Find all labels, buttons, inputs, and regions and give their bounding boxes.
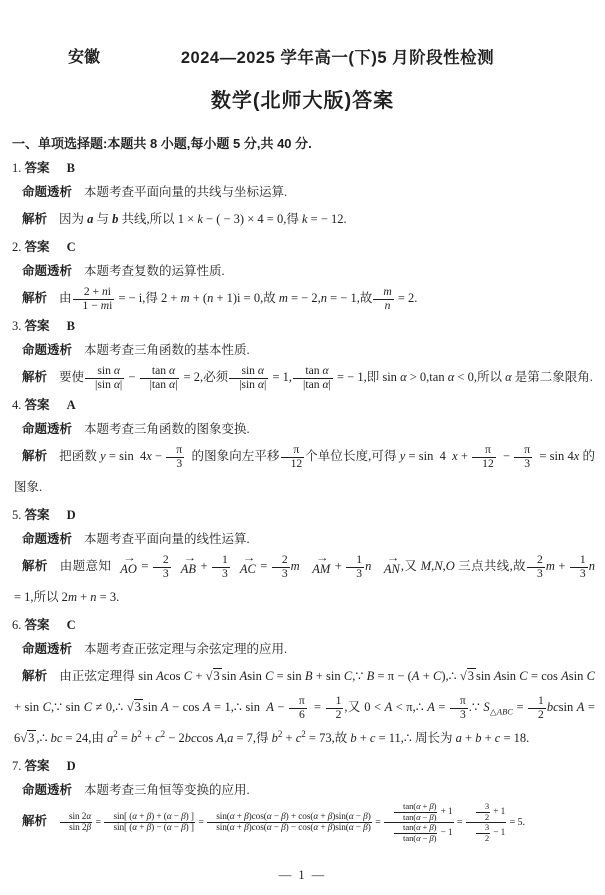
- solution-text: 由2 + ni1 − mi = − i,得 2 + m + (n + 1)i =…: [59, 291, 417, 305]
- solution-row: 解析由正弦定理得 sin Acos C + √3sin Asin C = sin…: [14, 661, 595, 754]
- solution-label: 解析: [22, 212, 47, 226]
- solution-label: 解析: [22, 669, 47, 683]
- answer-label: 答案: [25, 240, 50, 254]
- solution-row: 解析sin 2αsin 2β = sin[ (α + β) + (α − β) …: [14, 802, 595, 843]
- question-number: 5.: [12, 508, 21, 522]
- solution-text: 因为 a 与 b 共线,所以 1 × k − ( − 3) × 4 = 0,得 …: [59, 212, 347, 226]
- solution-row: 解析由2 + ni1 − mi = − i,得 2 + m + (n + 1)i…: [14, 283, 595, 314]
- analysis-row: 命题透析本题考查三角恒等变换的应用.: [14, 778, 595, 802]
- region-label: 安徽: [68, 44, 100, 67]
- analysis-label: 命题透析: [22, 422, 72, 436]
- analysis-label: 命题透析: [22, 343, 72, 357]
- question-number: 1.: [12, 161, 21, 175]
- analysis-text: 本题考查三角函数的基本性质.: [84, 343, 250, 357]
- solution-text: 由题意知→AO = 23→AB + 13→AC = 23m →AM + 13n …: [14, 559, 595, 604]
- question-item: 7. 答案 D 命题透析本题考查三角恒等变换的应用. 解析sin 2αsin 2…: [10, 754, 595, 843]
- page-number: — 1 —: [0, 868, 605, 883]
- question-answer-row: 4. 答案 A: [12, 393, 595, 417]
- analysis-row: 命题透析本题考查平面向量的线性运算.: [14, 527, 595, 551]
- solution-label: 解析: [22, 291, 47, 305]
- question-number: 7.: [12, 759, 21, 773]
- analysis-row: 命题透析本题考查平面向量的共线与坐标运算.: [14, 180, 595, 204]
- question-item: 6. 答案 C 命题透析本题考查正弦定理与余弦定理的应用. 解析由正弦定理得 s…: [10, 613, 595, 754]
- answer-value: C: [67, 240, 76, 254]
- answer-label: 答案: [25, 398, 50, 412]
- analysis-label: 命题透析: [22, 185, 72, 199]
- answer-title: 数学(北师大版)答案: [10, 84, 595, 113]
- answer-value: D: [67, 759, 76, 773]
- answer-value: D: [67, 508, 76, 522]
- solution-text: 由正弦定理得 sin Acos C + √3sin Asin C = sin B…: [14, 669, 595, 745]
- solution-text: 把函数 y = sin 4x − π3 的图象向左平移π12个单位长度,可得 y…: [14, 449, 595, 494]
- question-answer-row: 2. 答案 C: [12, 235, 595, 259]
- question-item: 3. 答案 B 命题透析本题考查三角函数的基本性质. 解析要使sin α|sin…: [10, 314, 595, 393]
- answer-label: 答案: [25, 161, 50, 175]
- header: 安徽 2024—2025 学年高一(下)5 月阶段性检测 数学(北师大版)答案: [10, 44, 595, 113]
- question-answer-row: 1. 答案 B: [12, 156, 595, 180]
- solution-row: 解析把函数 y = sin 4x − π3 的图象向左平移π12个单位长度,可得…: [14, 441, 595, 503]
- answer-value: B: [67, 161, 75, 175]
- question-answer-row: 3. 答案 B: [12, 314, 595, 338]
- answer-label: 答案: [25, 759, 50, 773]
- solution-text: 要使sin α|sin α| − tan α|tan α| = 2,必须sin …: [59, 370, 593, 384]
- solution-label: 解析: [22, 370, 47, 384]
- analysis-label: 命题透析: [22, 642, 72, 656]
- solution-label: 解析: [22, 559, 48, 573]
- analysis-text: 本题考查平面向量的线性运算.: [84, 532, 250, 546]
- analysis-label: 命题透析: [22, 783, 72, 797]
- analysis-row: 命题透析本题考查正弦定理与余弦定理的应用.: [14, 637, 595, 661]
- answer-label: 答案: [25, 319, 50, 333]
- solution-label: 解析: [22, 449, 47, 463]
- solution-label: 解析: [22, 814, 47, 828]
- analysis-label: 命题透析: [22, 264, 72, 278]
- question-number: 6.: [12, 618, 21, 632]
- question-item: 4. 答案 A 命题透析本题考查三角函数的图象变换. 解析把函数 y = sin…: [10, 393, 595, 503]
- analysis-row: 命题透析本题考查复数的运算性质.: [14, 259, 595, 283]
- question-number: 2.: [12, 240, 21, 254]
- analysis-text: 本题考查三角函数的图象变换.: [84, 422, 250, 436]
- answer-value: A: [67, 398, 76, 412]
- section-heading: 一、单项选择题:本题共 8 小题,每小题 5 分,共 40 分.: [12, 133, 595, 152]
- answer-value: B: [67, 319, 75, 333]
- answer-label: 答案: [25, 618, 50, 632]
- question-number: 4.: [12, 398, 21, 412]
- question-number: 3.: [12, 319, 21, 333]
- solution-row: 解析由题意知→AO = 23→AB + 13→AC = 23m →AM + 13…: [14, 551, 595, 613]
- question-answer-row: 6. 答案 C: [12, 613, 595, 637]
- question-item: 2. 答案 C 命题透析本题考查复数的运算性质. 解析由2 + ni1 − mi…: [10, 235, 595, 314]
- question-item: 1. 答案 B 命题透析本题考查平面向量的共线与坐标运算. 解析因为 a 与 b…: [10, 156, 595, 235]
- analysis-text: 本题考查三角恒等变换的应用.: [84, 783, 250, 797]
- question-answer-row: 5. 答案 D: [12, 503, 595, 527]
- answer-sheet-page: 安徽 2024—2025 学年高一(下)5 月阶段性检测 数学(北师大版)答案 …: [0, 0, 605, 895]
- analysis-text: 本题考查平面向量的共线与坐标运算.: [84, 185, 287, 199]
- analysis-row: 命题透析本题考查三角函数的图象变换.: [14, 417, 595, 441]
- question-item: 5. 答案 D 命题透析本题考查平面向量的线性运算. 解析由题意知→AO = 2…: [10, 503, 595, 613]
- answer-label: 答案: [25, 508, 50, 522]
- analysis-row: 命题透析本题考查三角函数的基本性质.: [14, 338, 595, 362]
- analysis-text: 本题考查复数的运算性质.: [84, 264, 225, 278]
- solution-row: 解析因为 a 与 b 共线,所以 1 × k − ( − 3) × 4 = 0,…: [14, 204, 595, 235]
- questions-list: 1. 答案 B 命题透析本题考查平面向量的共线与坐标运算. 解析因为 a 与 b…: [10, 156, 595, 843]
- question-answer-row: 7. 答案 D: [12, 754, 595, 778]
- solution-row: 解析要使sin α|sin α| − tan α|tan α| = 2,必须si…: [14, 362, 595, 393]
- analysis-label: 命题透析: [22, 532, 72, 546]
- solution-text: sin 2αsin 2β = sin[ (α + β) + (α − β) ]s…: [59, 817, 525, 828]
- analysis-text: 本题考查正弦定理与余弦定理的应用.: [84, 642, 287, 656]
- answer-value: C: [67, 618, 76, 632]
